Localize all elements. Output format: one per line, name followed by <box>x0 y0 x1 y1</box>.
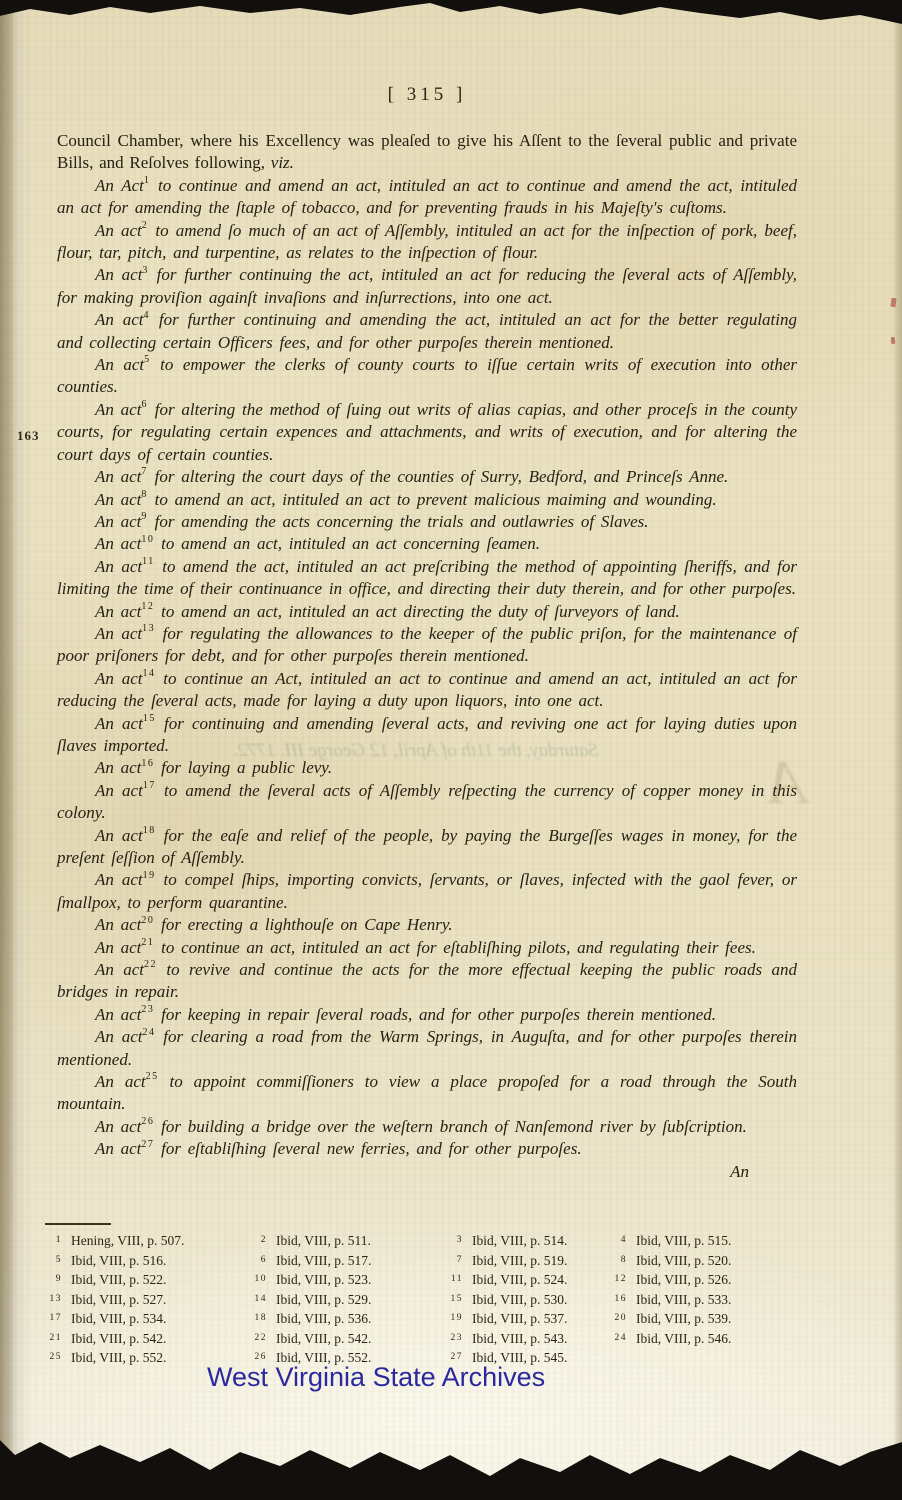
footnote-text: Ibid, VIII, p. 539. <box>636 1311 731 1327</box>
act-footnote-marker: 9 <box>141 511 148 522</box>
intro-paragraph: Council Chamber, where his Excellency wa… <box>57 130 797 175</box>
footnote-item: 22Ibid, VIII, p. 542. <box>250 1331 446 1351</box>
footnote-item: 7Ibid, VIII, p. 519. <box>446 1253 610 1273</box>
footnote-item: 4Ibid, VIII, p. 515. <box>610 1233 793 1253</box>
footnote-marker: 3 <box>446 1235 463 1245</box>
footnote-text: Hening, VIII, p. 507. <box>71 1233 184 1249</box>
footnote-marker: 10 <box>250 1274 267 1284</box>
footnote-text: Ibid, VIII, p. 511. <box>276 1233 371 1249</box>
act-paragraph: An act7 for altering the court days of t… <box>57 466 797 488</box>
act-lead: An act <box>95 915 141 934</box>
footnote-item: 1Hening, VIII, p. 507. <box>45 1233 250 1253</box>
act-paragraph: An act21 to continue an act, intituled a… <box>57 937 797 959</box>
footnote-marker: 19 <box>446 1313 463 1323</box>
paper-sheet: Saturday, the 11th of April, 12 George I… <box>0 0 902 1500</box>
footnote-marker: 9 <box>45 1274 62 1284</box>
footnote-marker: 17 <box>45 1313 62 1323</box>
act-text: to continue an Act, intituled an act to … <box>57 669 797 710</box>
act-text: for erecting a lighthouſe on Cape Henry. <box>154 915 452 934</box>
footnote-marker: 14 <box>250 1294 267 1304</box>
act-footnote-marker: 17 <box>143 780 156 791</box>
act-paragraph: An act9 for amending the acts concerning… <box>57 511 797 533</box>
footnote-text: Ibid, VIII, p. 523. <box>276 1272 371 1288</box>
act-lead: An act <box>95 1027 142 1046</box>
act-text: for regulating the allowances to the kee… <box>57 624 797 665</box>
footnote-item: 3Ibid, VIII, p. 514. <box>446 1233 610 1253</box>
act-lead: An act <box>95 400 141 419</box>
act-footnote-marker: 21 <box>141 937 154 948</box>
act-footnote-marker: 6 <box>141 399 148 410</box>
footnote-marker: 2 <box>250 1235 267 1245</box>
act-lead: An act <box>95 1005 141 1024</box>
footnote-marker: 8 <box>610 1255 627 1265</box>
footnote-text: Ibid, VIII, p. 542. <box>71 1331 166 1347</box>
act-text: for building a bridge over the weſtern b… <box>154 1117 747 1136</box>
act-footnote-marker: 13 <box>142 623 155 634</box>
act-text: to amend an act, intituled an act direct… <box>154 602 679 621</box>
act-footnote-marker: 20 <box>141 915 154 926</box>
act-lead: An act <box>95 490 141 509</box>
footnote-item: 16Ibid, VIII, p. 533. <box>610 1292 793 1312</box>
footnote-text: Ibid, VIII, p. 515. <box>636 1233 731 1249</box>
act-paragraph: An act2 to amend ſo much of an act of Aſ… <box>57 220 797 265</box>
act-lead: An act <box>95 1072 146 1091</box>
act-lead: An act <box>95 1139 141 1158</box>
footnote-item: 6Ibid, VIII, p. 517. <box>250 1253 446 1273</box>
act-paragraph: An act22 to revive and continue the acts… <box>57 959 797 1004</box>
footnote-text: Ibid, VIII, p. 530. <box>472 1292 567 1308</box>
act-paragraph: An act25 to appoint commiſſioners to vie… <box>57 1071 797 1116</box>
act-footnote-marker: 16 <box>141 758 154 769</box>
act-lead: An act <box>95 467 141 486</box>
footnote-text: Ibid, VIII, p. 546. <box>636 1331 731 1347</box>
act-paragraph: An act26 for building a bridge over the … <box>57 1116 797 1138</box>
act-paragraph: An act14 to continue an Act, intituled a… <box>57 668 797 713</box>
footnote-item: 21Ibid, VIII, p. 542. <box>45 1331 250 1351</box>
page-content: [ 315 ] Council Chamber, where his Excel… <box>57 84 797 1183</box>
act-footnote-marker: 14 <box>142 668 155 679</box>
intro-text: Council Chamber, where his Excellency wa… <box>57 131 797 172</box>
footnote-text: Ibid, VIII, p. 533. <box>636 1292 731 1308</box>
footnote-marker: 18 <box>250 1313 267 1323</box>
margin-page-ref: 163 <box>17 428 40 444</box>
footnote-item: 23Ibid, VIII, p. 543. <box>446 1331 610 1351</box>
footnote-marker: 6 <box>250 1255 267 1265</box>
act-footnote-marker: 3 <box>142 265 149 276</box>
act-lead: An act <box>95 355 144 374</box>
act-footnote-marker: 19 <box>143 870 156 881</box>
footnote-text: Ibid, VIII, p. 514. <box>472 1233 567 1249</box>
act-paragraph: An act5 to empower the clerks of county … <box>57 354 797 399</box>
footnote-item: 11Ibid, VIII, p. 524. <box>446 1272 610 1292</box>
page-edge-highlight <box>13 0 26 1500</box>
act-footnote-marker: 24 <box>142 1027 155 1038</box>
page-number: [ 315 ] <box>57 84 797 106</box>
act-lead: An act <box>95 310 144 329</box>
footnote-item: 15Ibid, VIII, p. 530. <box>446 1292 610 1312</box>
footnote-marker: 16 <box>610 1294 627 1304</box>
act-lead: An act <box>95 960 144 979</box>
footnote-marker: 11 <box>446 1274 463 1284</box>
footnote-text: Ibid, VIII, p. 516. <box>71 1253 166 1269</box>
footnote-text: Ibid, VIII, p. 529. <box>276 1292 371 1308</box>
act-footnote-marker: 8 <box>141 489 148 500</box>
act-text: for laying a public levy. <box>154 758 332 777</box>
intro-viz: viz. <box>271 153 294 172</box>
act-lead: An act <box>95 265 142 284</box>
page-edge-shadow <box>892 0 902 1500</box>
footnote-marker: 20 <box>610 1313 627 1323</box>
act-lead: An act <box>95 602 141 621</box>
footnote-marker: 13 <box>45 1294 62 1304</box>
act-lead: An Act <box>95 176 144 195</box>
footnote-text: Ibid, VIII, p. 522. <box>71 1272 166 1288</box>
act-text: to amend an act, intituled an act to pre… <box>148 490 717 509</box>
footnote-text: Ibid, VIII, p. 517. <box>276 1253 371 1269</box>
act-text: to continue and amend an act, intituled … <box>57 176 797 217</box>
act-footnote-marker: 4 <box>144 310 151 321</box>
act-paragraph: An act24 for clearing a road from the Wa… <box>57 1026 797 1071</box>
act-footnote-marker: 22 <box>144 959 157 970</box>
act-text: to amend the ſeveral acts of Aſſembly re… <box>57 781 797 822</box>
act-footnote-marker: 5 <box>144 354 151 365</box>
act-footnote-marker: 11 <box>142 556 155 567</box>
act-paragraph: An act13 for regulating the allowances t… <box>57 623 797 668</box>
act-paragraph: An act3 for further continuing the act, … <box>57 264 797 309</box>
act-text: for further continuing and amending the … <box>57 310 797 351</box>
act-lead: An act <box>95 1117 141 1136</box>
footnote-marker: 12 <box>610 1274 627 1284</box>
act-lead: An act <box>95 512 141 531</box>
act-paragraph: An act20 for erecting a lighthouſe on Ca… <box>57 914 797 936</box>
act-footnote-marker: 15 <box>143 713 156 724</box>
footnote-marker: 5 <box>45 1255 62 1265</box>
act-lead: An act <box>95 938 141 957</box>
act-footnote-marker: 1 <box>144 175 151 186</box>
act-text: for continuing and amending ſeveral acts… <box>57 714 797 755</box>
footnote-item: 5Ibid, VIII, p. 516. <box>45 1253 250 1273</box>
footnote-marker: 21 <box>45 1333 62 1343</box>
act-footnote-marker: 2 <box>142 220 149 231</box>
act-text: to empower the clerks of county courts t… <box>57 355 797 396</box>
footnote-text: Ibid, VIII, p. 527. <box>71 1292 166 1308</box>
act-paragraph: An act18 for the eaſe and relief of the … <box>57 825 797 870</box>
act-lead: An act <box>95 714 143 733</box>
footnote-text: Ibid, VIII, p. 534. <box>71 1311 166 1327</box>
act-footnote-marker: 26 <box>141 1116 154 1127</box>
act-footnote-marker: 27 <box>141 1139 154 1150</box>
act-paragraph: An act12 to amend an act, intituled an a… <box>57 601 797 623</box>
act-paragraph: An act10 to amend an act, intituled an a… <box>57 533 797 555</box>
footnote-text: Ibid, VIII, p. 552. <box>71 1350 166 1366</box>
footnote-item: 10Ibid, VIII, p. 523. <box>250 1272 446 1292</box>
act-lead: An act <box>95 534 141 553</box>
act-footnote-marker: 23 <box>141 1004 154 1015</box>
act-lead: An act <box>95 669 142 688</box>
act-text: for altering the court days of the count… <box>148 467 728 486</box>
act-paragraph: An act17 to amend the ſeveral acts of Aſ… <box>57 780 797 825</box>
footnote-item: 9Ibid, VIII, p. 522. <box>45 1272 250 1292</box>
footnote-text: Ibid, VIII, p. 526. <box>636 1272 731 1288</box>
footnote-item: 2Ibid, VIII, p. 511. <box>250 1233 446 1253</box>
act-footnote-marker: 12 <box>141 601 154 612</box>
act-paragraph: An act16 for laying a public levy. <box>57 757 797 779</box>
footnote-text: Ibid, VIII, p. 536. <box>276 1311 371 1327</box>
act-text: to amend ſo much of an act of Aſſembly, … <box>57 221 797 262</box>
act-footnote-marker: 25 <box>146 1071 159 1082</box>
footnote-marker: 26 <box>250 1352 267 1362</box>
footnote-marker: 7 <box>446 1255 463 1265</box>
footnote-item: 13Ibid, VIII, p. 527. <box>45 1292 250 1312</box>
footnote-item: 8Ibid, VIII, p. 520. <box>610 1253 793 1273</box>
footnote-item: 12Ibid, VIII, p. 526. <box>610 1272 793 1292</box>
act-text: for amending the acts concerning the tri… <box>148 512 649 531</box>
act-lead: An act <box>95 624 142 643</box>
footnote-item: 14Ibid, VIII, p. 529. <box>250 1292 446 1312</box>
footnote-text: Ibid, VIII, p. 520. <box>636 1253 731 1269</box>
act-list: An Act1 to continue and amend an act, in… <box>57 175 797 1161</box>
footnote-text: Ibid, VIII, p. 519. <box>472 1253 567 1269</box>
act-text: for the eaſe and relief of the people, b… <box>57 826 797 867</box>
act-text: for altering the method of ſuing out wri… <box>57 400 797 464</box>
footnote-marker: 1 <box>45 1235 62 1245</box>
footnote-item: 17Ibid, VIII, p. 534. <box>45 1311 250 1331</box>
act-text: to continue an act, intituled an act for… <box>154 938 755 957</box>
footnote-item: 24Ibid, VIII, p. 546. <box>610 1331 793 1351</box>
act-paragraph: An Act1 to continue and amend an act, in… <box>57 175 797 220</box>
act-text: to compel ſhips, importing convicts, ſer… <box>57 870 797 911</box>
footnote-item: 20Ibid, VIII, p. 539. <box>610 1311 793 1331</box>
footnote-marker: 15 <box>446 1294 463 1304</box>
scanned-page: Saturday, the 11th of April, 12 George I… <box>0 0 902 1500</box>
footnote-marker: 27 <box>446 1352 463 1362</box>
footnote-rule <box>45 1223 111 1225</box>
footnote-text: Ibid, VIII, p. 537. <box>472 1311 567 1327</box>
act-text: to appoint commiſſioners to view a place… <box>57 1072 797 1113</box>
act-lead: An act <box>95 221 142 240</box>
act-lead: An act <box>95 870 143 889</box>
watermark-text: West Virginia State Archives <box>207 1362 545 1393</box>
act-paragraph: An act6 for altering the method of ſuing… <box>57 399 797 466</box>
footnote-item: 18Ibid, VIII, p. 536. <box>250 1311 446 1331</box>
footnote-text: Ibid, VIII, p. 524. <box>472 1272 567 1288</box>
act-lead: An act <box>95 758 141 777</box>
act-text: for further continuing the act, intitule… <box>57 265 797 306</box>
act-paragraph: An act8 to amend an act, intituled an ac… <box>57 489 797 511</box>
act-text: for eſtabliſhing ſeveral new ferries, an… <box>154 1139 581 1158</box>
act-footnote-marker: 7 <box>141 466 148 477</box>
footnote-item: 19Ibid, VIII, p. 537. <box>446 1311 610 1331</box>
act-paragraph: An act11 to amend the act, intituled an … <box>57 556 797 601</box>
footnote-marker: 23 <box>446 1333 463 1343</box>
footnote-marker: 4 <box>610 1235 627 1245</box>
footnote-marker: 24 <box>610 1333 627 1343</box>
act-paragraph: An act27 for eſtabliſhing ſeveral new fe… <box>57 1138 797 1160</box>
act-text: to revive and continue the acts for the … <box>57 960 797 1001</box>
catchword: An <box>57 1161 797 1183</box>
footnote-marker: 22 <box>250 1333 267 1343</box>
footnote-text: Ibid, VIII, p. 543. <box>472 1331 567 1347</box>
act-lead: An act <box>95 557 142 576</box>
act-text: to amend the act, intituled an act preſc… <box>57 557 797 598</box>
act-lead: An act <box>95 826 143 845</box>
act-text: to amend an act, intituled an act concer… <box>154 534 540 553</box>
act-paragraph: An act23 for keeping in repair ſeveral r… <box>57 1004 797 1026</box>
act-lead: An act <box>95 781 143 800</box>
act-text: for clearing a road from the Warm Spring… <box>57 1027 797 1068</box>
act-paragraph: An act15 for continuing and amending ſev… <box>57 713 797 758</box>
act-paragraph: An act4 for further continuing and amend… <box>57 309 797 354</box>
footnote-text: Ibid, VIII, p. 542. <box>276 1331 371 1347</box>
footnote-marker: 25 <box>45 1352 62 1362</box>
footnotes: 1Hening, VIII, p. 507. 2Ibid, VIII, p. 5… <box>45 1233 793 1370</box>
act-footnote-marker: 18 <box>143 825 156 836</box>
margin-speck <box>891 337 896 344</box>
act-footnote-marker: 10 <box>141 534 154 545</box>
act-text: for keeping in repair ſeveral roads, and… <box>154 1005 716 1024</box>
act-paragraph: An act19 to compel ſhips, importing conv… <box>57 869 797 914</box>
